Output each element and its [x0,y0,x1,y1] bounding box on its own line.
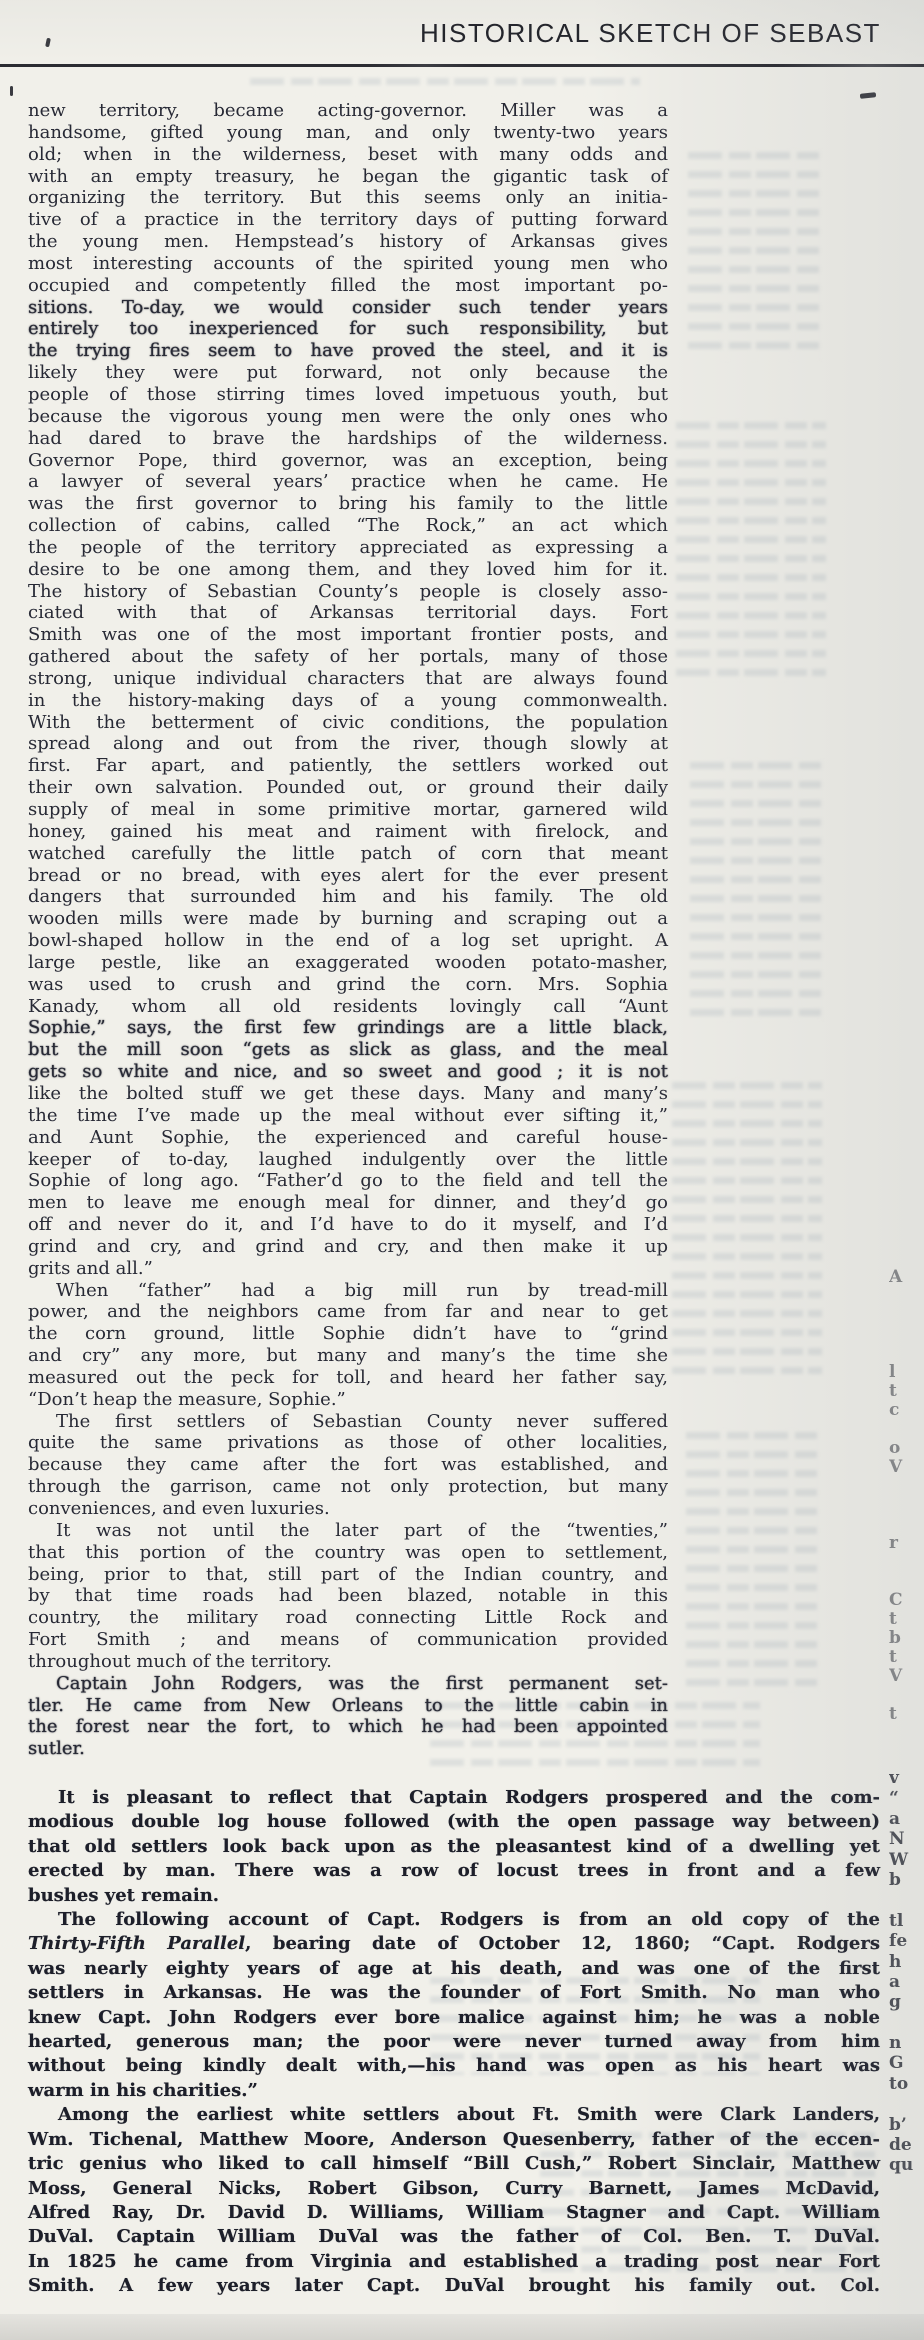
edge-fragment: a [889,1809,924,1829]
text-line: settlers in Arkansas. He was the founder… [28,1981,880,2005]
text-line: When “father” had a big mill run by trea… [28,1280,668,1302]
text-line: their own salvation. Pounded out, or gro… [28,777,668,799]
text-line: hearted, generous man; the poor were nev… [28,2030,880,2054]
edge-fragment [889,1287,924,1306]
text-line: that this portion of the country was ope… [28,1542,668,1564]
text-line: the young men. Hempstead’s history of Ar… [28,231,668,253]
bleed-through [250,76,640,94]
text-line: the time I’ve made up the meal without e… [28,1105,668,1127]
text-line: quite the same privations as those of ot… [28,1432,668,1454]
edge-fragment: g [889,1992,924,2012]
text-line: handsome, gifted young man, and only twe… [28,122,668,144]
edge-fragment: tl [889,1911,924,1931]
bleed-through [690,760,822,1020]
text-line: occupied and competently filled the most… [28,275,668,297]
edge-fragment [889,1325,924,1344]
text-line: gathered about the safety of her portals… [28,646,668,668]
text-line: With the betterment of civic conditions,… [28,712,668,734]
text-line: likely they were put forward, not only b… [28,362,668,384]
edge-fragment [889,1477,924,1496]
text-line: organizing the territory. But this seems… [28,187,668,209]
text-line: new territory, became acting-governor. M… [28,100,668,122]
text-line: off and never do it, and I’d have to do … [28,1214,668,1236]
text-line: honey, gained his meat and raiment with … [28,821,668,843]
edge-fragment [889,1553,924,1572]
text-line: grits and all.” [28,1258,668,1280]
text-line: the forest near the fort, to which he ha… [28,1716,668,1738]
text-line: power, and the neighbors came from far a… [28,1301,668,1323]
edge-fragment [889,1515,924,1534]
text-line: DuVal. Captain William DuVal was the fat… [28,2225,880,2249]
edge-fragment: V [889,1667,924,1686]
text-line: but the mill soon “gets as slick as glas… [28,1039,668,1061]
text-line: Governor Pope, third governor, was an ex… [28,450,668,472]
text-line: people of those stirring times loved imp… [28,384,668,406]
bleed-through [688,150,820,360]
edge-fragment: C [889,1591,924,1610]
edge-fragment: r [889,1534,924,1553]
text-line: bowl-shaped hollow in the end of a log s… [28,930,668,952]
text-line: erected by man. There was a row of locus… [28,1859,880,1883]
text-line: The history of Sebastian County’s people… [28,581,668,603]
edge-fragment: t [889,1705,924,1724]
bleed-through [676,420,826,680]
bleed-through [672,1080,822,1380]
edge-fragment: fe [889,1931,924,1951]
text-line: ciated with that of Arkansas territorial… [28,602,668,624]
text-line: by that time roads had been blazed, nota… [28,1585,668,1607]
text-line: Moss, General Nicks, Robert Gibson, Curr… [28,2177,880,2201]
text-line: like the bolted stuff we get these days.… [28,1083,668,1105]
text-line: a lawyer of several years’ practice when… [28,471,668,493]
text-line: It is pleasant to reflect that Captain R… [28,1786,880,1810]
text-line: entirely too inexperienced for such resp… [28,318,668,340]
ink-speck [10,86,13,96]
edge-fragment [889,1496,924,1515]
text-line: Sophie of long ago. “Father’d go to the … [28,1170,668,1192]
edge-fragment: a [889,1972,924,1992]
text-line: Alfred Ray, Dr. David D. Williams, Willi… [28,2201,880,2225]
bleed-through [686,1430,818,1690]
edge-fragment [889,1686,924,1705]
edge-fragment: h [889,1952,924,1972]
text-line: was the first governor to bring his fami… [28,493,668,515]
text-line: watched carefully the little patch of co… [28,843,668,865]
text-line: large pestle, like an exaggerated wooden… [28,952,668,974]
edge-fragment: t [889,1610,924,1629]
edge-fragment: to [889,2074,924,2094]
text-line: the trying fires seem to have proved the… [28,340,668,362]
edge-fragment [889,1344,924,1363]
edge-fragment: G [889,2053,924,2073]
text-line: was used to crush and grind the corn. Mr… [28,974,668,996]
text-line: country, the military road connecting Li… [28,1607,668,1629]
edge-fragment [889,1890,924,1910]
text-line: tive of a practice in the territory days… [28,209,668,231]
text-line: most interesting accounts of the spirite… [28,253,668,275]
text-line: wooden mills were made by burning and sc… [28,908,668,930]
edge-fragment: t [889,1648,924,1667]
text-line: with an empty treasury, he began the gig… [28,166,668,188]
edge-fragment: t [889,1382,924,1401]
text-line: first. Far apart, and patiently, the set… [28,755,668,777]
edge-fragment: l [889,1363,924,1382]
text-line: gets so white and nice, and so sweet and… [28,1061,668,1083]
edge-fragment: b’ [889,2115,924,2135]
edge-fragment [889,2013,924,2033]
text-line: dangers that surrounded him and his fami… [28,886,668,908]
text-line: desire to be one among them, and they lo… [28,559,668,581]
text-line: tric genius who liked to call himself “B… [28,2152,880,2176]
text-line: Smith. A few years later Capt. DuVal bro… [28,2274,880,2298]
edge-fragment [889,1420,924,1439]
edge-fragment: b [889,1870,924,1890]
text-line: the people of the territory appreciated … [28,537,668,559]
edge-fragment: b [889,1629,924,1648]
text-column-lower: It is pleasant to reflect that Captain R… [28,1786,880,2299]
text-line: through the garrison, came not only prot… [28,1476,668,1498]
text-line: in the history-making days of a young co… [28,690,668,712]
text-line: men to leave me enough meal for dinner, … [28,1192,668,1214]
edge-fragments-upper: A ltc oV r CtbtV t [889,1268,924,1724]
text-line: Smith was one of the most important fron… [28,624,668,646]
text-line: Fort Smith ; and means of communication … [28,1629,668,1651]
edge-fragment: V [889,1458,924,1477]
edge-fragment: W [889,1850,924,1870]
text-line: modious double log house followed (with … [28,1810,880,1834]
ink-speck [45,38,51,48]
text-line: grind and cry, and grind and cry, and th… [28,1236,668,1258]
edge-fragments-lower: v“aNWb tlfehag nGto b’dequ [889,1768,924,2176]
text-line: conveniences, and even luxuries. [28,1498,668,1520]
text-line: sutler. [28,1738,668,1760]
text-line: because the vigorous young men were the … [28,406,668,428]
text-line: bushes yet remain. [28,1884,880,1908]
text-line: bread or no bread, with eyes alert for t… [28,865,668,887]
text-line: Kanady, whom all old residents lovingly … [28,996,668,1018]
text-line: Thirty-Fifth Parallel, bearing date of O… [28,1932,880,1956]
edge-fragment: de [889,2135,924,2155]
text-line: being, prior to that, still part of the … [28,1564,668,1586]
text-line: without being kindly dealt with,—his han… [28,2054,880,2078]
text-line: “Don’t heap the measure, Sophie.” [28,1389,668,1411]
text-line: throughout much of the territory. [28,1651,668,1673]
text-line: collection of cabins, called “The Rock,”… [28,515,668,537]
edge-fragment: n [889,2033,924,2053]
text-line: tler. He came from New Orleans to the li… [28,1695,668,1717]
text-line: keeper of to-day, laughed indulgently ov… [28,1149,668,1171]
text-line: sitions. To-day, we would consider such … [28,297,668,319]
ink-speck [860,92,876,99]
text-line: because they came after the fort was est… [28,1454,668,1476]
edge-fragment [889,1306,924,1325]
text-column-main: new territory, became acting-governor. M… [28,100,668,1760]
text-line: warm in his charities.” [28,2079,880,2103]
text-line: The following account of Capt. Rodgers i… [28,1908,880,1932]
page-header-title: HISTORICAL SKETCH OF SEBAST [420,18,924,64]
scanned-book-page: HISTORICAL SKETCH OF SEBAST new territor… [0,0,924,2340]
edge-fragment: A [889,1268,924,1287]
text-line: The first settlers of Sebastian County n… [28,1411,668,1433]
text-line: Sophie,” says, the first few grindings a… [28,1017,668,1039]
text-line: the corn ground, little Sophie didn’t ha… [28,1323,668,1345]
text-line: supply of meal in some primitive mortar,… [28,799,668,821]
text-line: and Aunt Sophie, the experienced and car… [28,1127,668,1149]
text-line: Among the earliest white settlers about … [28,2103,880,2127]
edge-fragment [889,1572,924,1591]
text-line: Wm. Tichenal, Matthew Moore, Anderson Qu… [28,2128,880,2152]
text-line: had dared to brave the hardships of the … [28,428,668,450]
text-line: that old settlers look back upon as the … [28,1835,880,1859]
edge-fragment: “ [889,1788,924,1808]
text-line: and cry” any more, but many and many’s t… [28,1345,668,1367]
text-line: was nearly eighty years of age at his de… [28,1957,880,1981]
edge-fragment: c [889,1401,924,1420]
edge-fragment: qu [889,2155,924,2175]
edge-fragment [889,2094,924,2114]
text-line: Captain John Rodgers, was the first perm… [28,1673,668,1695]
text-line: In 1825 he came from Virginia and establ… [28,2250,880,2274]
edge-fragment: v [889,1768,924,1788]
edge-fragment: o [889,1439,924,1458]
header-rule [0,64,924,67]
text-line: spread along and out from the river, tho… [28,733,668,755]
scan-bottom-band [0,2314,924,2340]
text-line: measured out the peck for toll, and hear… [28,1367,668,1389]
text-line: knew Capt. John Rodgers ever bore malice… [28,2006,880,2030]
edge-fragment: N [889,1829,924,1849]
text-line: It was not until the later part of the “… [28,1520,668,1542]
text-line: strong, unique individual characters tha… [28,668,668,690]
text-line: old; when in the wilderness, beset with … [28,144,668,166]
